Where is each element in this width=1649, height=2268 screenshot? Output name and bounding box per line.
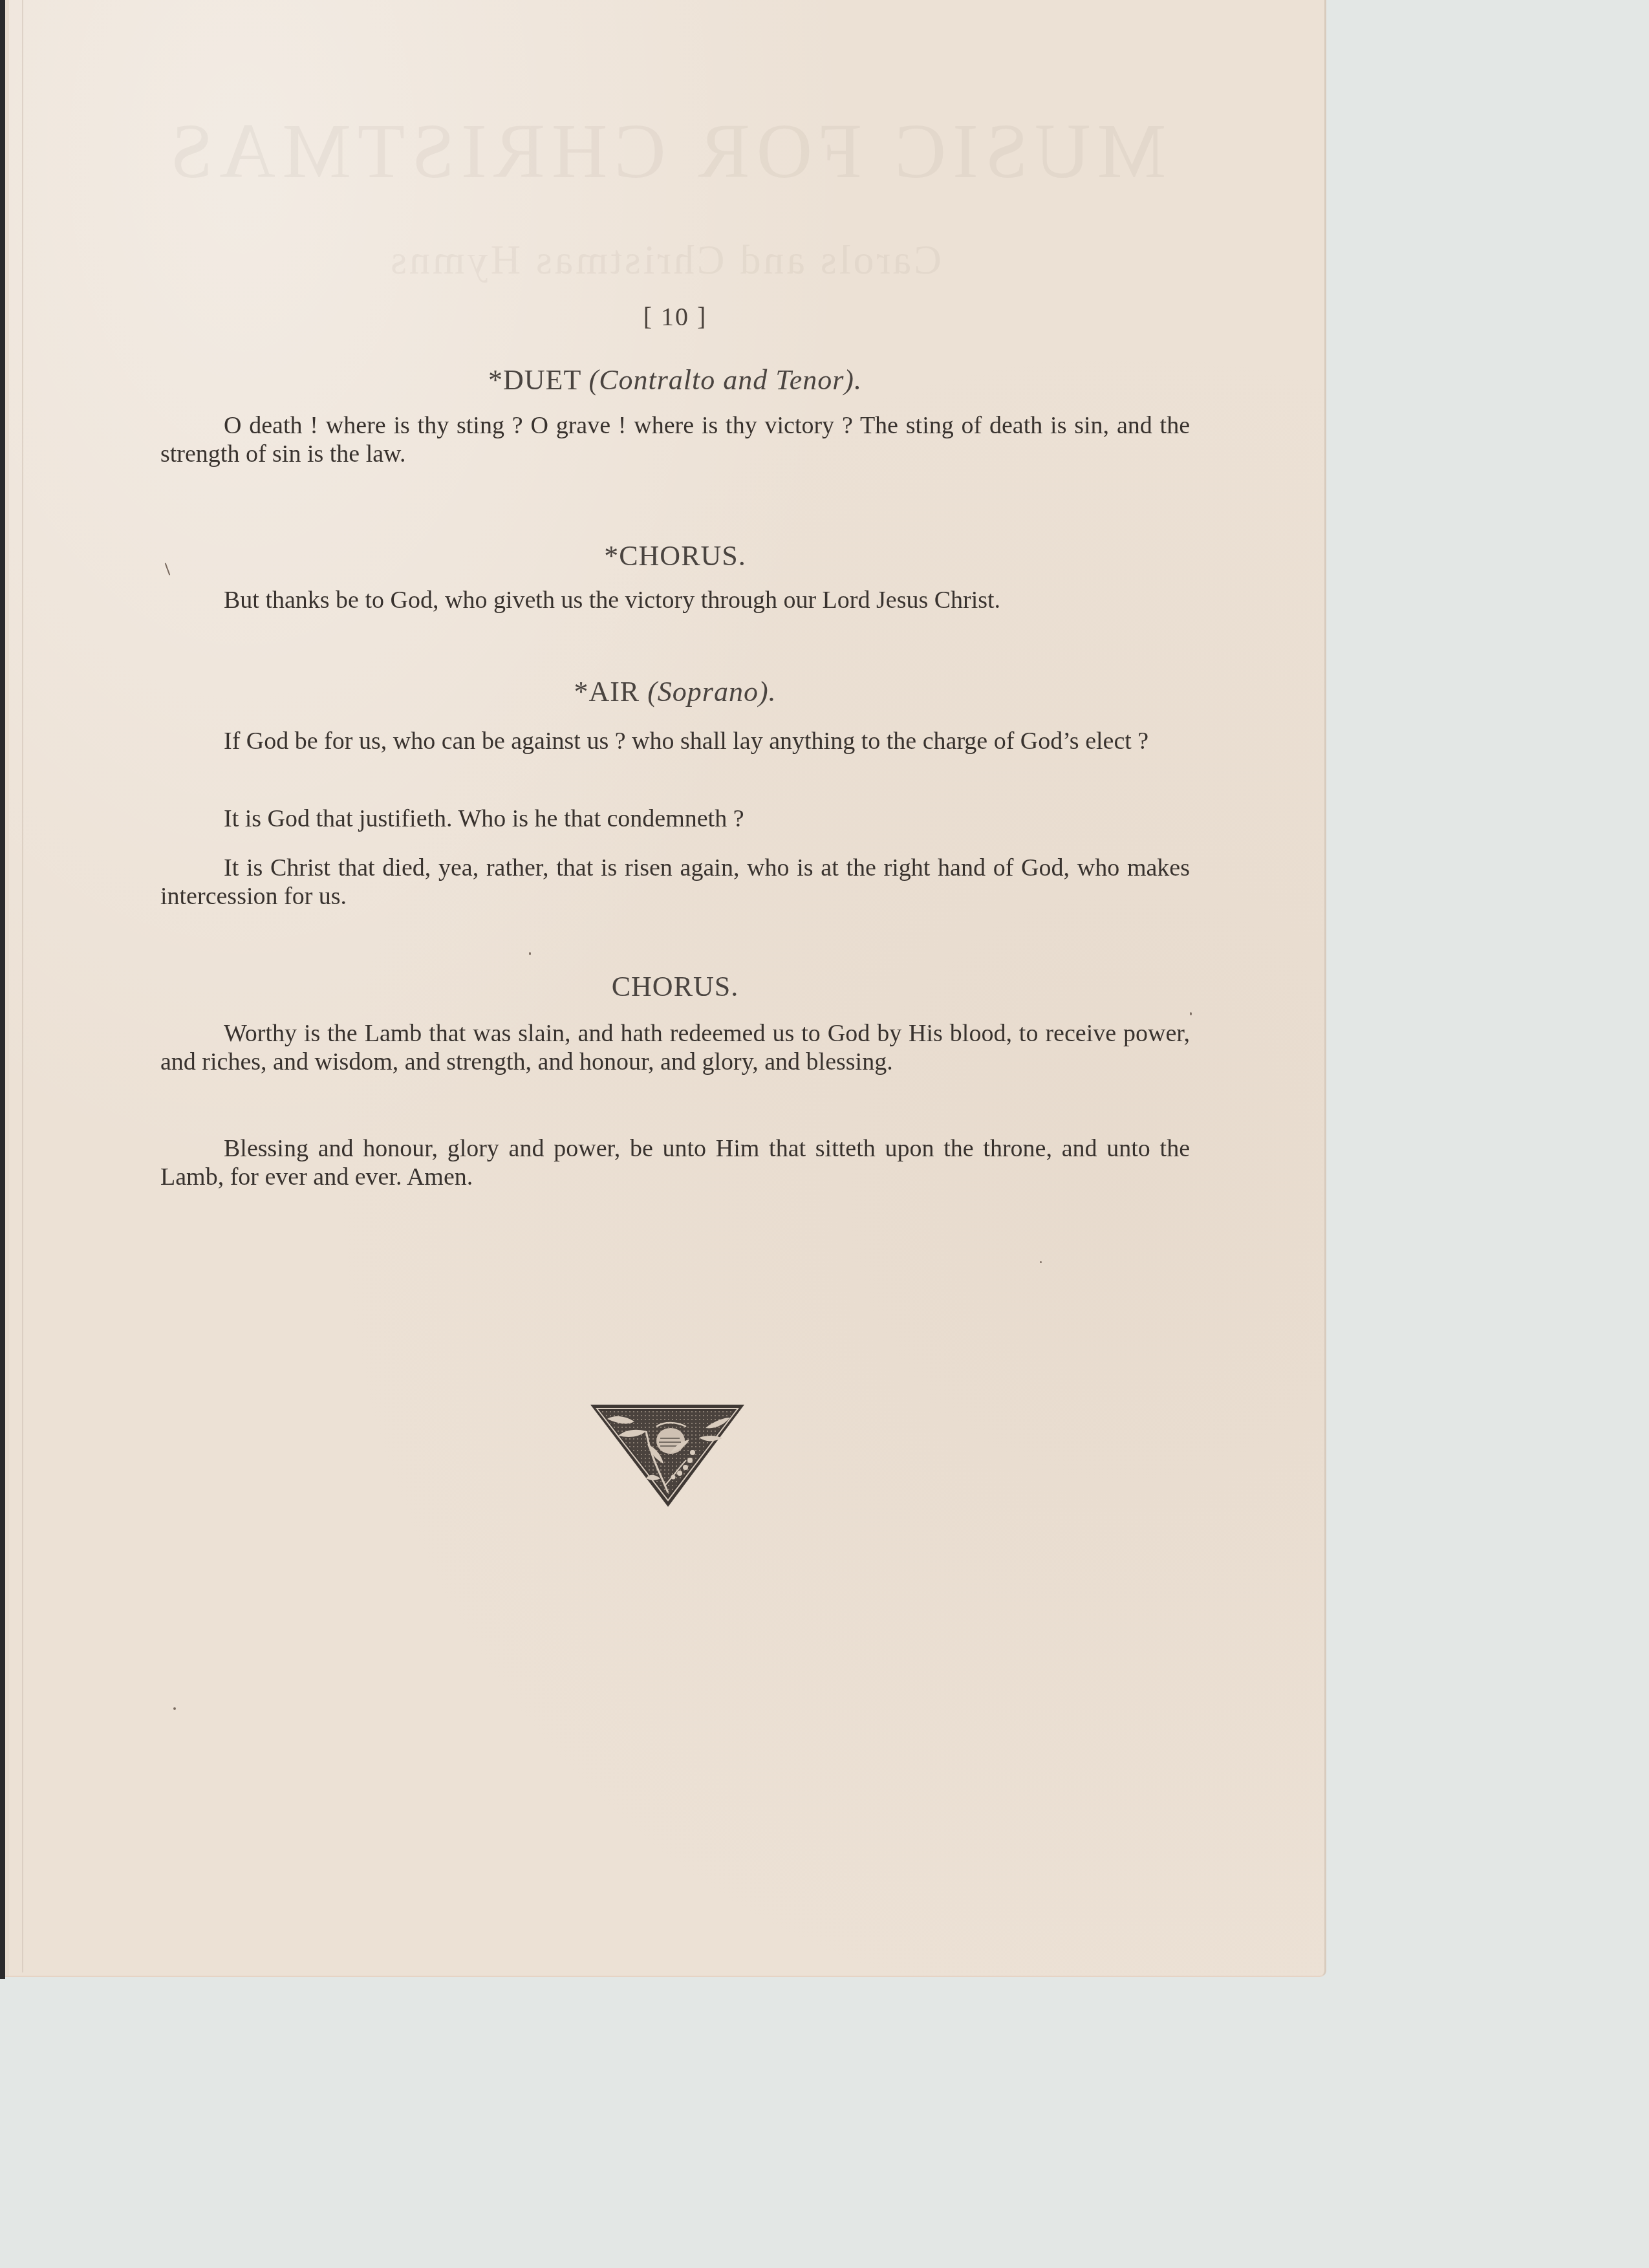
paper-speck (529, 952, 531, 955)
paragraph: It is Christ that died, yea, rather, tha… (160, 854, 1190, 911)
document-page: MUSIC FOR CHRISTMAS Carols and Christmas… (5, 0, 1326, 1977)
section-heading-chorus-2: CHORUS. (160, 970, 1190, 1003)
paper-speck (1040, 1261, 1042, 1263)
scanner-edge (0, 0, 5, 1979)
showthrough-subtitle: Carols and Christmas Hymns (5, 236, 1324, 284)
paragraph: If God be for us, who can be against us … (160, 727, 1190, 755)
paragraph: O death ! where is thy sting ? O grave !… (160, 411, 1190, 468)
section-heading-chorus-1: *CHORUS. (160, 539, 1190, 572)
heading-title: *CHORUS. (604, 540, 746, 572)
paragraph: Worthy is the Lamb that was slain, and h… (160, 1019, 1190, 1076)
page-number: [ 10 ] (160, 301, 1190, 332)
floral-ornament-icon (589, 1402, 746, 1509)
showthrough-title: MUSIC FOR CHRISTMAS (5, 107, 1324, 196)
section-heading-air: *AIR (Soprano). (160, 675, 1190, 708)
paragraph: Blessing and honour, glory and power, be… (160, 1134, 1190, 1191)
page-fold-line (22, 0, 23, 1972)
heading-title: *DUET (488, 364, 581, 396)
heading-title: *AIR (574, 676, 640, 707)
paper-speck (173, 1707, 176, 1710)
heading-voice: (Contralto and Tenor). (588, 364, 862, 396)
heading-title: CHORUS. (612, 971, 739, 1002)
paper-speck (1190, 1012, 1192, 1015)
paragraph: It is God that justifieth. Who is he tha… (160, 805, 1190, 833)
paragraph: But thanks be to God, who giveth us the … (160, 586, 1190, 614)
section-heading-duet: *DUET (Contralto and Tenor). (160, 363, 1190, 396)
heading-voice: (Soprano). (647, 676, 776, 707)
